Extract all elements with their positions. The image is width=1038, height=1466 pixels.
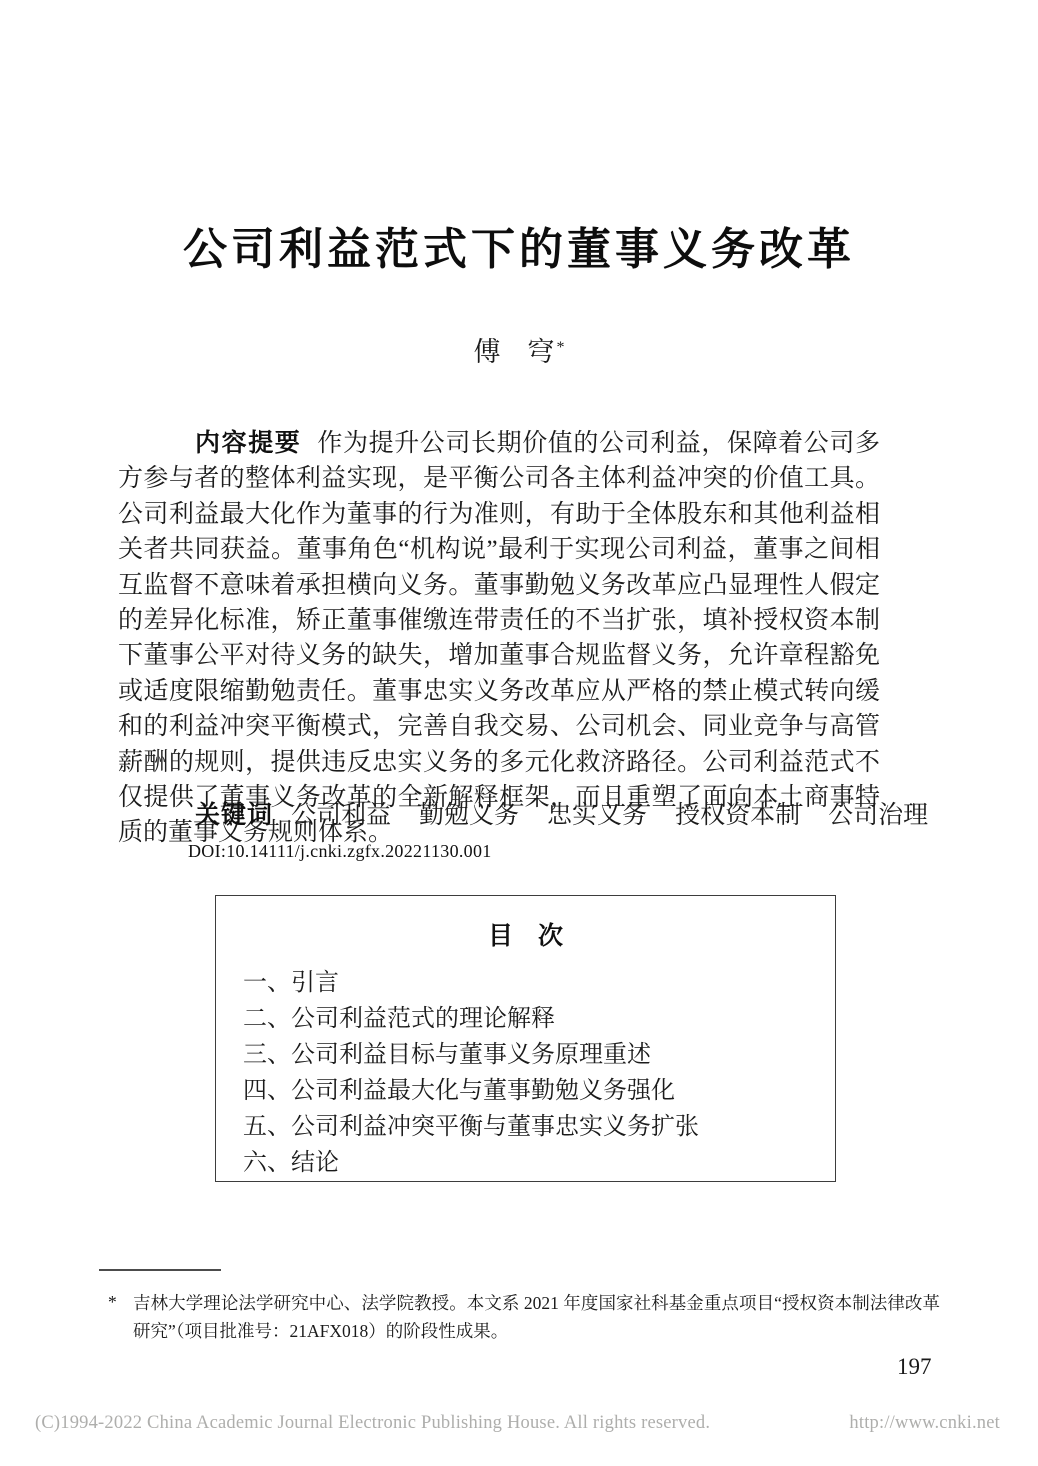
keywords-label: 关键词	[195, 801, 273, 829]
journal-article-page: 公司利益范式下的董事义务改革 傅 穹* 内容提要作为提升公司长期价值的公司利益，…	[0, 0, 1038, 1466]
footnote: * 吉林大学理论法学研究中心、法学院教授。本文系 2021 年度国家社科基金重点…	[108, 1289, 940, 1345]
toc-item: 四、公司利益最大化与董事勤勉义务强化	[243, 1073, 835, 1109]
article-title: 公司利益范式下的董事义务改革	[0, 213, 1038, 277]
keyword: 公司治理	[828, 802, 928, 829]
footnote-divider	[99, 1269, 221, 1271]
author-name: 傅 穹	[474, 337, 555, 367]
toc-item: 五、公司利益冲突平衡与董事忠实义务扩张	[243, 1109, 835, 1145]
footer-url: http://www.cnki.net	[849, 1413, 1000, 1434]
toc-box: 目 次 一、引言二、公司利益范式的理论解释三、公司利益目标与董事义务原理重述四、…	[215, 895, 836, 1182]
toc-item: 一、引言	[243, 965, 835, 1001]
keyword: 授权资本制	[675, 802, 800, 829]
copyright-footer: (C)1994-2022 China Academic Journal Elec…	[35, 1413, 1000, 1434]
page-number: 197	[897, 1354, 932, 1380]
keyword: 忠实义务	[547, 802, 647, 829]
author-footnote-marker: *	[557, 339, 565, 356]
toc-items: 一、引言二、公司利益范式的理论解释三、公司利益目标与董事义务原理重述四、公司利益…	[216, 965, 835, 1181]
keywords-line: 关键词公司利益勤勉义务忠实义务授权资本制公司治理	[195, 795, 895, 831]
author-line: 傅 穹*	[0, 330, 1038, 369]
abstract-block: 内容提要作为提升公司长期价值的公司利益，保障着公司多方参与者的整体利益实现，是平…	[118, 426, 880, 851]
abstract-text: 作为提升公司长期价值的公司利益，保障着公司多方参与者的整体利益实现，是平衡公司各…	[118, 430, 880, 846]
toc-title: 目 次	[216, 916, 835, 952]
footnote-text: 吉林大学理论法学研究中心、法学院教授。本文系 2021 年度国家社科基金重点项目…	[133, 1289, 940, 1345]
copyright-text: (C)1994-2022 China Academic Journal Elec…	[35, 1413, 710, 1434]
toc-item: 六、结论	[243, 1145, 835, 1181]
keyword: 勤勉义务	[419, 802, 519, 829]
keyword: 公司利益	[291, 802, 391, 829]
toc-item: 三、公司利益目标与董事义务原理重述	[243, 1037, 835, 1073]
footnote-marker: *	[108, 1288, 117, 1316]
abstract-label: 内容提要	[195, 429, 301, 457]
keywords-list: 公司利益勤勉义务忠实义务授权资本制公司治理	[291, 802, 928, 829]
doi-line: DOI:10.14111/j.cnki.zgfx.20221130.001	[188, 841, 492, 862]
toc-item: 二、公司利益范式的理论解释	[243, 1001, 835, 1037]
